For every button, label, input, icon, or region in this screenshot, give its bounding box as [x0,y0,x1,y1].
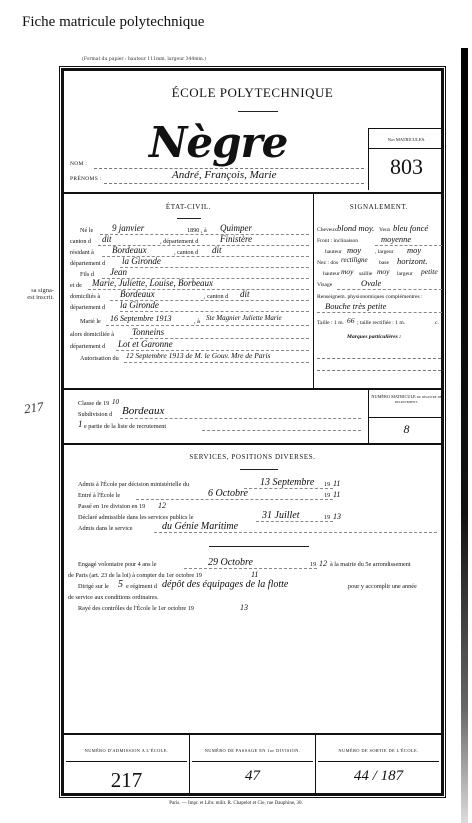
surname-value: Nègre [149,118,287,167]
face-value: Ovale [361,278,381,288]
field-label: , canton d [174,249,198,256]
forehead-height: moy [347,245,361,255]
spouse-domicile-row: alors domiciliée à Tonneins [70,328,309,339]
authorization-value: 12 Septembre 1913 de M. le Gouv. Mre de … [126,351,270,360]
field-label: e régiment d [126,583,157,590]
physiognomy-value: Bouche très petite [325,301,386,311]
field-label: 19 [310,561,316,568]
field-label: Entré à l'École le [78,492,120,499]
dotted-line [120,311,309,312]
field-label: Classe de 19 [78,400,109,407]
school-heading: ÉCOLE POLYTECHNIQUE [64,85,441,101]
admission-number: 217 [64,762,189,793]
recruitment-row: 1 e partie de la liste de recrutement [78,420,361,431]
field-label: Fils d [80,271,94,278]
regiment-number: 5 [118,579,123,590]
printer-credit: Paris. — Impr. et Libr. milit. R. Chapel… [0,801,472,806]
field-label: ; taille rectifiée : 1 m. [357,320,405,326]
first-division-number: 47 [190,762,315,785]
registre-number: 8 [369,418,444,437]
classe-section: Classe de 19 10 Subdivision d Bordeaux 1… [64,389,441,443]
field-label: domiciliés à [70,293,100,300]
department-row: département d la Gironde [70,301,309,312]
dotted-line [317,312,442,313]
admission-date: 13 Septembre [260,477,314,488]
admissible-date: 31 Juillet [262,510,300,521]
spouse-domicile: Tonneins [132,327,164,337]
class-year: 10 [112,398,119,406]
entry-year: 11 [333,490,340,499]
enlistment-date: 29 Octobre [208,557,253,568]
canton-value: dit [212,245,222,255]
entry-row: Entré à l'École le 6 Octobre 19 11 [78,489,361,500]
field-label: pour y accomplir une année [348,583,417,590]
first-division-row: Passé en 1re division en 19 12 [78,500,437,511]
dotted-line [124,362,309,363]
margin-number: 217 [23,399,45,418]
field-label: , canton d [204,293,228,300]
admission-number-cell: NUMÉRO D'ADMISSION A L'ÉCOLE. 217 [64,735,190,796]
forehead-row: Front : inclinaison moyenne [317,235,442,246]
exit-number-cell: NUMÉRO DE SORTIE DE L'ÉCOLE. 44 / 187 [316,735,441,796]
first-division-number-cell: NUMÉRO DE PASSAGE EN 1re DIVISION. 47 [190,735,316,796]
scan-edge-shadow [461,48,468,823]
eyes-value: bleu foncé [393,223,428,233]
department-row: département d la Gironde [70,257,309,268]
service-corps: du Génie Maritime [162,521,238,532]
field-label: Déclaré admissible dans les services pub… [78,514,193,521]
residence-row: résidant à Bordeaux , canton d dit [70,246,309,257]
field-label: département d [70,304,105,311]
paper-format-note: (Format du papier : hauteur 111mm, large… [82,57,206,62]
canton-value: dit [102,234,112,244]
field-label: Né le [80,227,93,234]
field-label: Dirigé sur le [78,583,109,590]
enlistment-year: 12 [319,559,327,568]
admissible-year: 13 [333,512,341,521]
canton-value: dit [240,289,250,299]
domicile-value: Bordeaux [120,289,155,299]
first-names-label: PRÉNOMS : [70,176,102,182]
field-label: Nez : dos [317,260,338,266]
field-label: saillie [359,271,372,277]
divider [238,111,278,112]
department-value: Finistère [220,234,252,244]
field-label: département d [70,343,105,350]
field-label: de Paris (art. 23 de la loi) à compter d… [68,572,202,579]
spouse-name: Ste Magnier Juliette Marie [206,314,282,322]
struck-off-year: 13 [240,603,248,612]
field-label: Admis à l'École par décision ministériel… [78,481,189,488]
field-label: e partie de la liste de recrutement [84,423,166,430]
field-label: canton d [70,238,91,245]
spouse-department-row: département d Lot et Garonne [70,340,309,351]
field-label: hauteur [325,249,342,255]
department-value: la Gironde [120,300,159,310]
hair-value: blond moy. [337,223,374,233]
field-label: 19 [324,492,330,499]
field-label: 19 [324,481,330,488]
field-label: hauteur [323,271,340,277]
dotted-line [317,370,441,371]
residence-value: Bordeaux [112,245,147,255]
nose-width: petite [421,267,438,276]
field-label: c. [435,320,439,326]
field-label: Taille : 1 m. [317,320,344,326]
field-label: et de [70,282,82,289]
mother-row: et de Marie, Juliette, Louise, Borbeaux [70,279,309,290]
etat-civil-heading: ÉTAT-CIVIL. [64,203,313,211]
exit-number: 44 / 187 [316,762,441,785]
divider [209,546,309,547]
regiment-name: dépôt des équipages de la flotte [162,579,288,590]
hair-eyes-row: Cheveux blond moy. Yeux bleu foncé [317,224,442,235]
marriage-row: Marié le 16 Septembre 1913 , à Ste Magni… [70,315,309,326]
field-label: , largeur [375,249,394,255]
field-label: Visage [317,282,332,288]
services-heading: SERVICES, POSITIONS DIVERSES. [64,453,441,461]
department-value: la Gironde [122,256,161,266]
matricule-card: ÉCOLE POLYTECHNIQUE Nègre NOM : PRÉNOMS … [61,68,444,796]
dotted-line [202,430,361,431]
entry-date: 6 Octobre [208,488,248,499]
margin-note: sa signa- est inscrit. [24,287,54,301]
service-row: Admis dans le service du Génie Maritime [78,522,437,533]
column-header: NUMÉRO D'ADMISSION A L'ÉCOLE. [66,735,187,762]
mother-name: Marie, Juliette, Louise, Borbeaux [92,278,213,288]
nose-height: moy [341,267,354,276]
dotted-line [104,183,364,184]
enlistment-start-year: 11 [251,570,258,579]
signalement-section: SIGNALEMENT. Cheveux blond moy. Yeux ble… [314,194,444,389]
field-label: département d [70,260,105,267]
height-row: Taille : 1 m. 66 ; taille rectifiée : 1 … [317,317,442,328]
nose-bridge: rectiligne [341,256,368,264]
etat-civil-section: ÉTAT-CIVIL. Né le 9 janvier 1890 , à Qui… [64,194,314,389]
matricule-label: Nos MATRICULES. [369,129,444,149]
page-title: Fiche matricule polytechnique [22,14,204,31]
field-label: Yeux [379,227,391,233]
forehead-inclination: moyenne [381,234,411,244]
field-label: Subdivision d [78,411,112,418]
field-label: résidant à [70,249,94,256]
field-label: , à [194,318,200,325]
field-label: , département d [160,238,198,245]
dotted-line [154,532,437,533]
admission-year: 11 [333,479,340,488]
field-label: Engagé volontaire pour 4 ans le [78,561,157,568]
field-label: largeur [397,271,413,277]
field-label: base [379,260,389,266]
field-label: Front : inclinaison [317,238,358,244]
dotted-line [120,418,361,419]
spouse-department: Lot et Garonne [118,339,173,349]
column-header: NUMÉRO DE PASSAGE EN 1re DIVISION. [192,735,313,762]
birth-place: Quimper [220,223,252,233]
struck-off-row: Rayé des contrôles de l'École le 1er oct… [78,602,437,613]
field-label: 19 [324,514,330,521]
column-header: NUMÉRO DE SORTIE DE L'ÉCOLE. [318,735,439,762]
field-label: Marié le [80,318,101,325]
field-label: Passé en 1re division en 19 [78,503,145,510]
first-division-year: 12 [158,501,166,510]
matricule-number: 803 [369,149,444,180]
father-name: Jean [110,267,127,277]
birth-date: 9 janvier [112,223,144,233]
signalement-heading: SIGNALEMENT. [314,203,444,211]
field-label: Rayé des contrôles de l'École le 1er oct… [78,605,194,612]
marriage-date: 16 Septembre 1913 [110,314,171,323]
conditions-row: de service aux conditions ordinaires. [68,591,437,602]
field-label: à la mairie du 5e arrondissement [330,561,411,568]
subdivision-value: Bordeaux [122,405,164,417]
nose-base: horizont. [397,256,427,266]
list-part: 1 [78,419,83,429]
numbers-table: NUMÉRO D'ADMISSION A L'ÉCOLE. 217 NUMÉRO… [64,733,441,796]
face-row: Visage Ovale [317,279,442,290]
physiognomy-value-row: Bouche très petite [317,302,442,313]
field-label: 1890 , à [187,227,207,234]
registre-box: NUMÉRO MATRICULE du registre de recrutem… [368,389,444,443]
enlistment-row: Engagé volontaire pour 4 ans le 29 Octob… [78,558,437,569]
matricule-box: Nos MATRICULES. 803 [368,128,444,190]
dotted-line [106,325,309,326]
dotted-line [317,358,441,359]
height-value: 66 [347,316,355,325]
field-label: Renseignem. physionomiques complémentres… [317,294,423,300]
surname-label: NOM : [70,161,87,167]
marks-row: Marques particulières : [317,331,442,342]
field-label: Marques particulières : [347,334,401,340]
services-section: SERVICES, POSITIONS DIVERSES. Admis à l'… [64,443,441,733]
nose-projection: moy [377,267,390,276]
domicile-row: domiciliés à Bordeaux , canton d dit [70,290,309,301]
subdivision-row: Subdivision d Bordeaux [78,408,361,419]
dotted-line [337,289,442,290]
field-label: Autorisation du [80,355,119,362]
authorization-row: Autorisation du 12 Septembre 1913 de M. … [70,352,309,363]
canton-row: canton d dit , département d Finistère [70,235,309,246]
divider [240,469,278,470]
field-label: de service aux conditions ordinaires. [68,594,159,601]
first-names-value: André, François, Marie [172,169,276,181]
registre-label: NUMÉRO MATRICULE du registre de recrutem… [369,389,444,418]
field-label: Cheveux [317,227,337,233]
field-label: alors domiciliée à [70,331,114,338]
regiment-row: Dirigé sur le 5 e régiment d dépôt des é… [78,580,437,591]
forehead-width: moy [407,245,421,255]
divider [177,218,201,219]
field-label: Admis dans le service [78,525,132,532]
